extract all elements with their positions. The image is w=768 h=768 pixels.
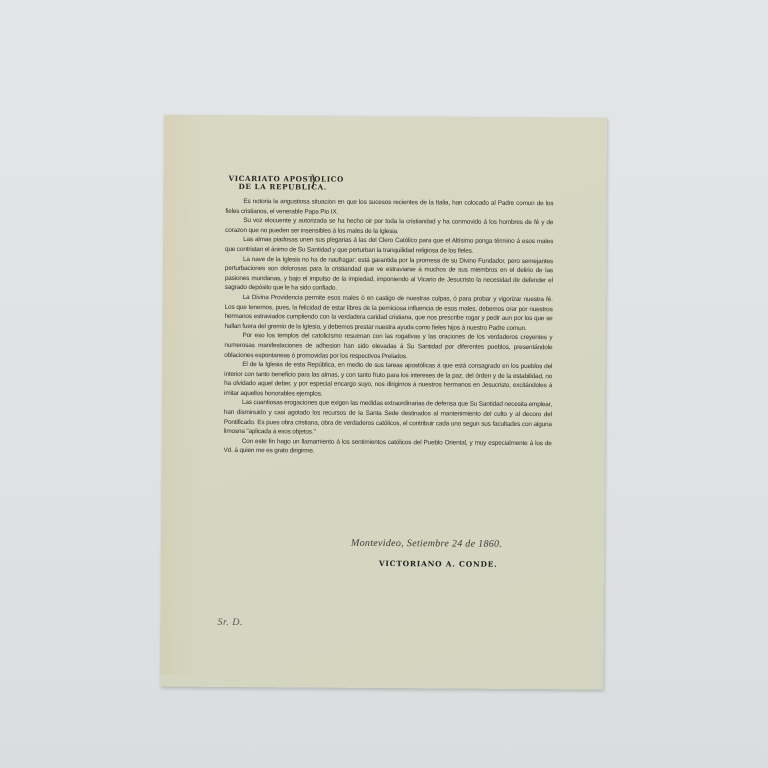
- document-body: Es notoria la angustiosa situacion en qu…: [224, 197, 554, 458]
- addressee: Sr. D.: [217, 617, 243, 628]
- paragraph: Su voz elocuente y autorizada se ha hech…: [225, 216, 553, 237]
- signature: VICTORIANO A. CONDE.: [379, 559, 498, 569]
- dateline: Montevideo, Setiembre 24 de 1860.: [351, 538, 502, 550]
- paragraph: El de la Iglesia de esta República, en m…: [224, 360, 552, 401]
- document-header: VICARIATO APOSTOLICO DE LA REPUBLICA.: [228, 175, 343, 192]
- paragraph: La Divina Providencia permite esos males…: [224, 293, 552, 334]
- paragraph: Las almas piadosas unen sus plegarias á …: [225, 235, 553, 256]
- header-line-2: DE LA REPUBLICA.: [228, 183, 343, 192]
- paragraph: Las cuantiosas erogaciones que exigen la…: [224, 398, 552, 439]
- paragraph: Con este fin hago un llamamiento á los s…: [224, 437, 552, 458]
- header-brace: }: [309, 173, 317, 189]
- paragraph: Es notoria la angustiosa situacion en qu…: [225, 197, 553, 218]
- document-sheet: VICARIATO APOSTOLICO DE LA REPUBLICA. } …: [160, 114, 607, 689]
- paragraph: La nave de la Iglesia no ha de naufragar…: [225, 254, 553, 295]
- paragraph: Por eso los templos del catolicismo resu…: [224, 331, 552, 362]
